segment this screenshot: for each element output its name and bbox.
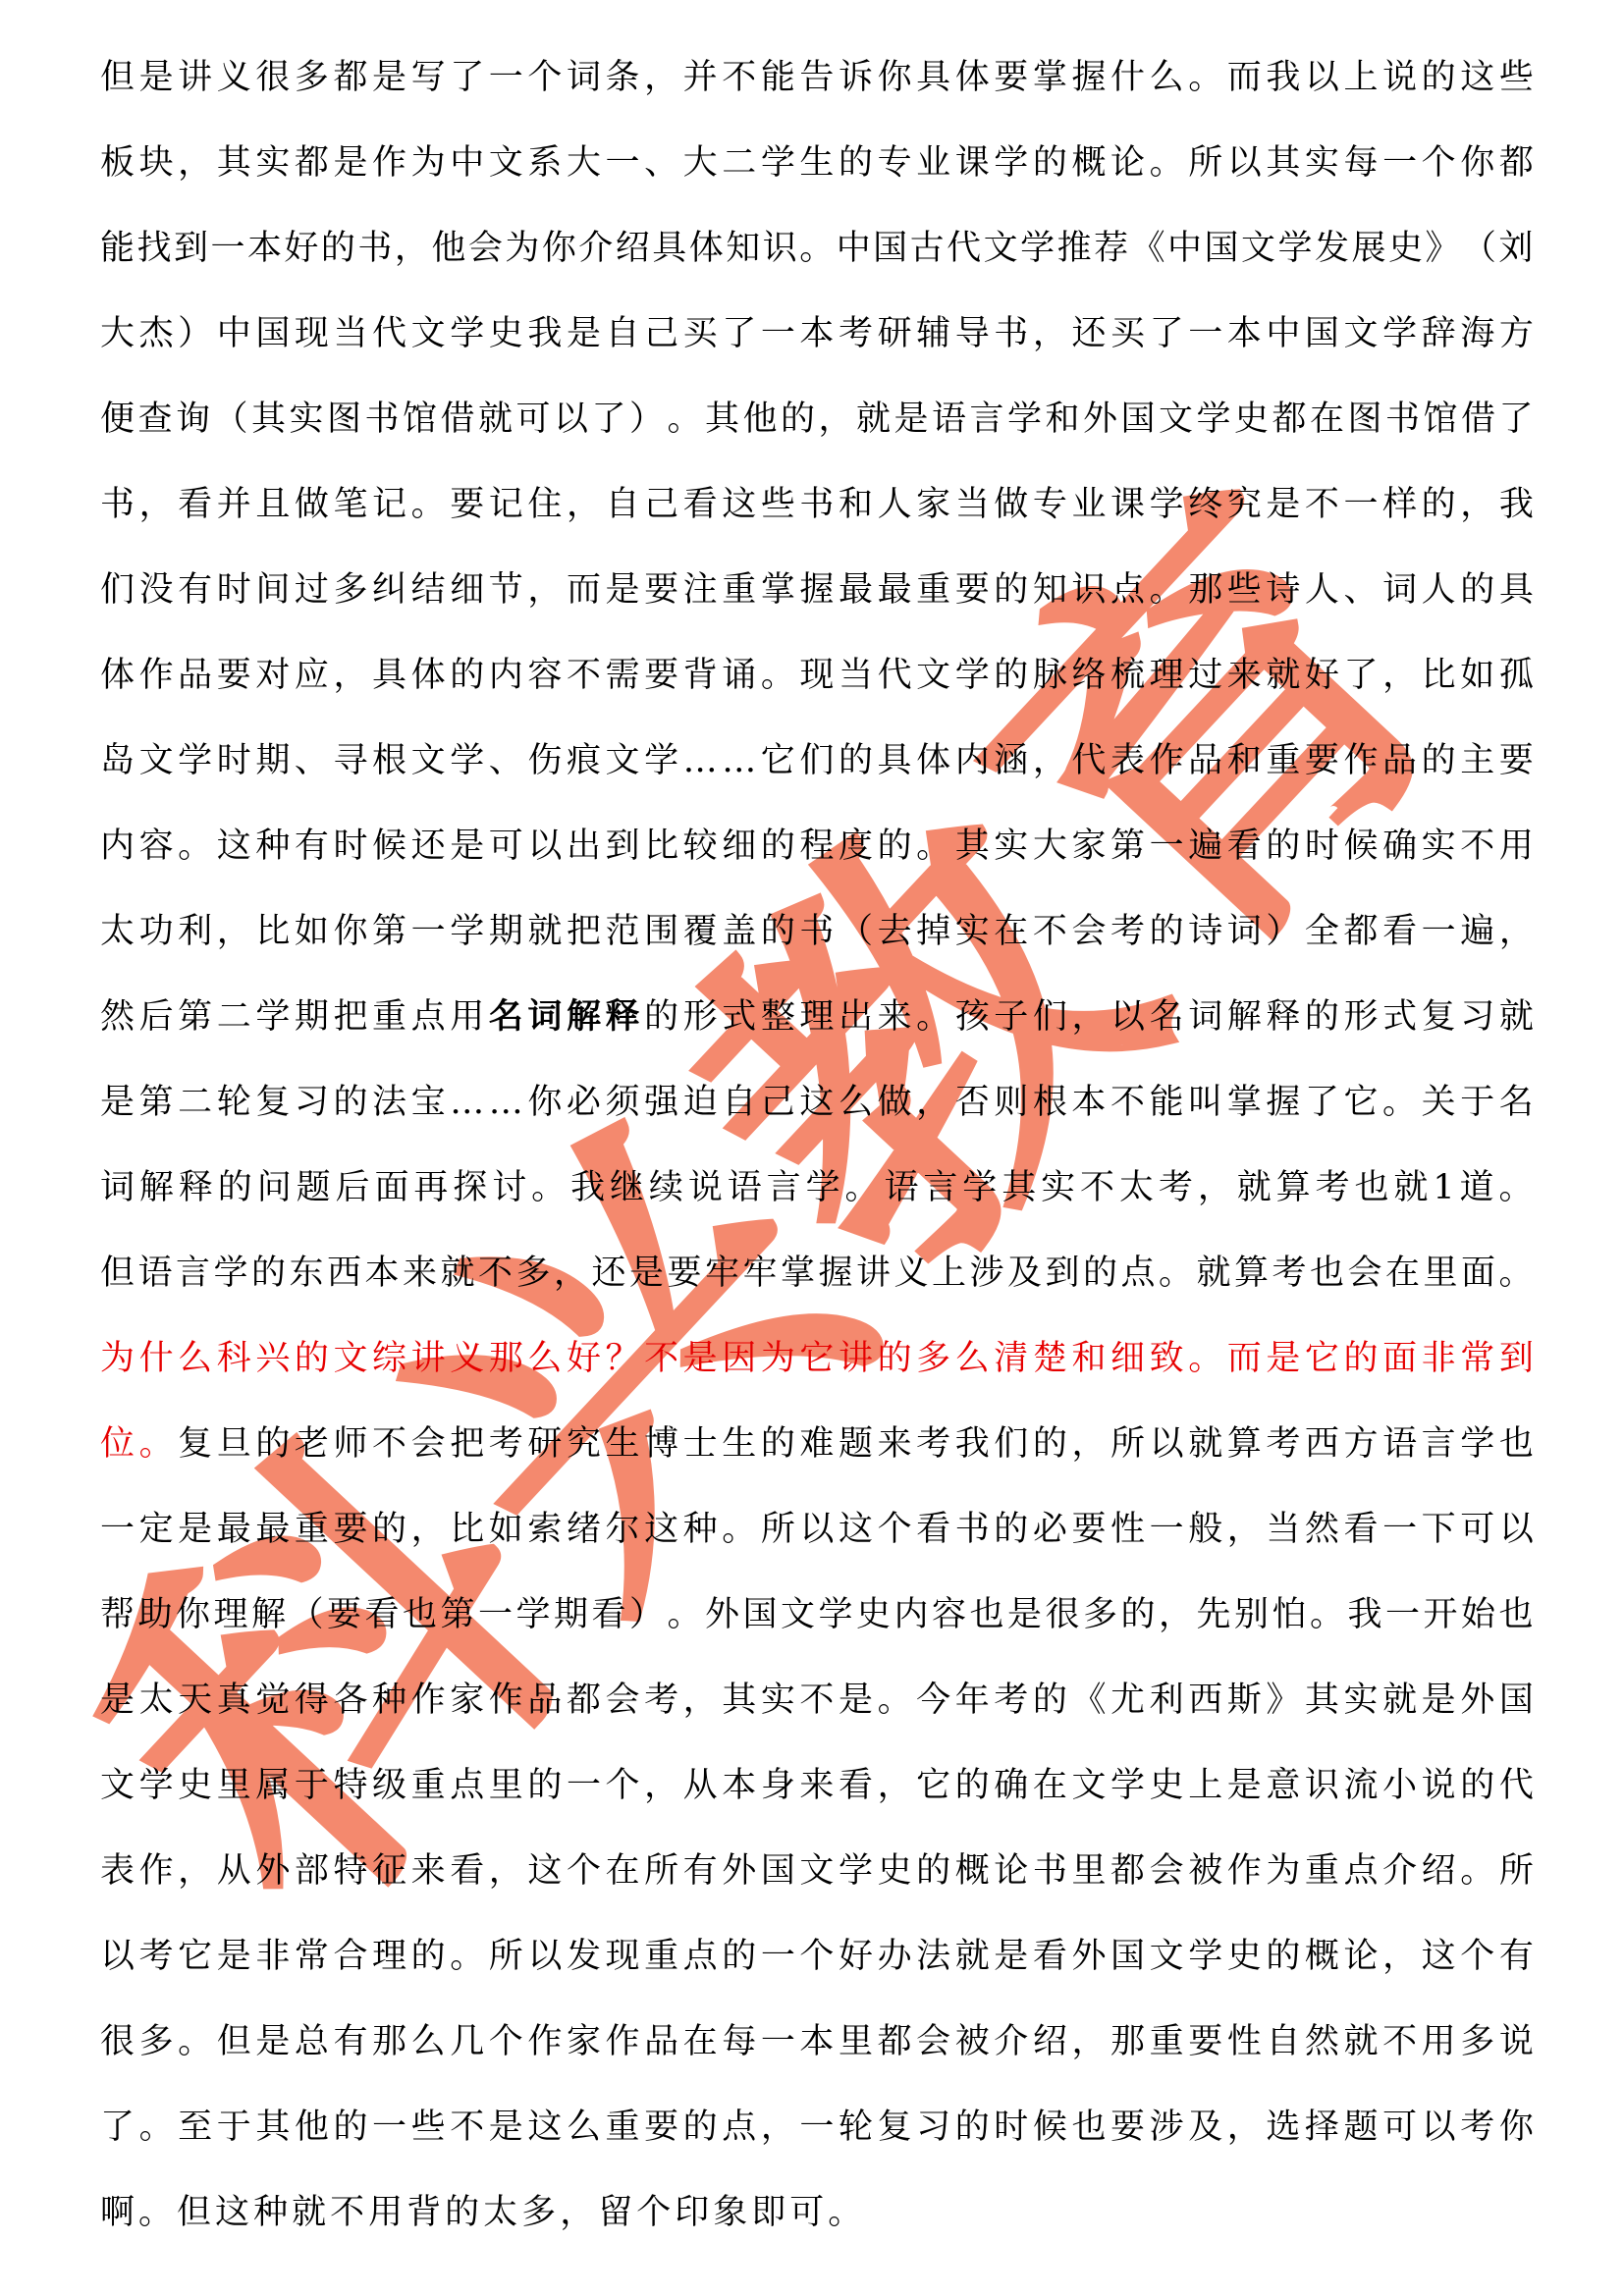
text-run: 作 bbox=[1343, 734, 1378, 820]
text-run: 开 bbox=[1424, 1588, 1458, 1674]
text-run: 书 bbox=[357, 222, 392, 307]
text-run: 伤 bbox=[527, 734, 562, 820]
text-run: 理 bbox=[214, 1588, 248, 1674]
text-run: 论 bbox=[1344, 1930, 1379, 2015]
text-run: 品 bbox=[644, 2015, 678, 2101]
text-run: 旦 bbox=[217, 1417, 251, 1503]
text-run: 印 bbox=[675, 2186, 709, 2271]
text-run: 也 bbox=[1355, 1161, 1389, 1247]
text-run: 家 bbox=[450, 1674, 484, 1759]
text-run: 诉 bbox=[839, 51, 873, 136]
text-run: 些 bbox=[411, 2101, 446, 2186]
text-run: 实 bbox=[1305, 136, 1339, 222]
text-run: 可 bbox=[516, 393, 551, 478]
text-run: 被 bbox=[955, 2015, 990, 2101]
text-run: 的 bbox=[1460, 1759, 1494, 1844]
text-run: ， bbox=[1382, 649, 1417, 734]
text-run: 里 bbox=[217, 1759, 251, 1844]
bold-term: 解 bbox=[567, 990, 601, 1076]
text-run: 自 bbox=[722, 1076, 756, 1161]
text-run: 并 bbox=[683, 51, 718, 136]
text-run: 留 bbox=[598, 2186, 632, 2271]
text-run: 点 bbox=[1344, 1844, 1379, 1930]
text-run: 继 bbox=[610, 1161, 644, 1247]
text-run: 理 bbox=[372, 1930, 406, 2015]
highlighted-text: 。 bbox=[139, 1417, 174, 1503]
text-run: 个 bbox=[799, 1930, 834, 2015]
text-run: 及 bbox=[1188, 2101, 1222, 2186]
text-run: 是 bbox=[629, 1247, 664, 1332]
text-run: 来 bbox=[403, 1247, 437, 1332]
text-line: 但是讲义很多都是写了一个词条，并不能告诉你具体要掌握什么。而我以上说的这些 bbox=[100, 51, 1534, 136]
text-run: 本 bbox=[799, 2015, 834, 2101]
text-run: 的 bbox=[1033, 1674, 1067, 1759]
text-run: 觉 bbox=[255, 1674, 290, 1759]
text-run: 不 bbox=[1080, 1161, 1114, 1247]
text-run: 。 bbox=[531, 1161, 566, 1247]
text-run: 释 bbox=[1266, 990, 1300, 1076]
text-run: 都 bbox=[1344, 905, 1379, 990]
highlighted-text: 文 bbox=[333, 1332, 367, 1417]
text-run: 介 bbox=[578, 222, 613, 307]
text-run: 的 bbox=[218, 1161, 252, 1247]
text-run: 非 bbox=[255, 1930, 290, 2015]
text-run: 啊 bbox=[100, 2186, 135, 2271]
text-run: 学 bbox=[1188, 1930, 1222, 2015]
text-run: 的 bbox=[1422, 51, 1456, 136]
text-run: 了 bbox=[1344, 649, 1379, 734]
text-run: 容 bbox=[139, 820, 174, 905]
text-run: 作 bbox=[527, 2015, 562, 2101]
text-run: ， bbox=[217, 905, 251, 990]
text-run: 当 bbox=[1266, 1503, 1300, 1588]
text-run: 书 bbox=[799, 905, 834, 990]
text-run: 生 bbox=[799, 136, 834, 222]
text-run: 就 bbox=[441, 1247, 475, 1332]
text-run: 内 bbox=[955, 734, 990, 820]
text-run: 常 bbox=[295, 1930, 329, 2015]
text-run: 大 bbox=[1033, 820, 1067, 905]
text-run: 是 bbox=[100, 1076, 135, 1161]
text-run: 遍 bbox=[1188, 820, 1222, 905]
text-run: 于 bbox=[295, 1759, 329, 1844]
text-run: 多 bbox=[521, 2186, 556, 2271]
text-run: 国 bbox=[1499, 1674, 1534, 1759]
text-run: 重 bbox=[606, 2101, 640, 2186]
text-run: 个 bbox=[527, 51, 562, 136]
text-run: 记 bbox=[489, 478, 523, 563]
text-run: 书 bbox=[799, 478, 834, 563]
text-run: 、 bbox=[295, 734, 329, 820]
text-run: 第 bbox=[139, 1076, 174, 1161]
text-run: 涉 bbox=[970, 1247, 1004, 1332]
text-run: 我 bbox=[570, 1161, 605, 1247]
text-run: 个 bbox=[1422, 136, 1456, 222]
text-run: 体 bbox=[916, 734, 950, 820]
text-run: 一 bbox=[567, 1759, 601, 1844]
text-run: 的 bbox=[683, 2101, 718, 2186]
text-run: 的 bbox=[839, 734, 873, 820]
text-run: 涉 bbox=[1150, 2101, 1184, 2186]
text-line: 们没有时间过多纠结细节，而是要注重掌握最最重要的知识点。那些诗人、词人的具 bbox=[100, 563, 1534, 649]
text-run: 代 bbox=[878, 649, 912, 734]
text-run: 词 bbox=[1382, 563, 1417, 649]
highlighted-text: 细 bbox=[1110, 1332, 1145, 1417]
text-run: 第 bbox=[178, 990, 212, 1076]
text-run: 的 bbox=[333, 1076, 367, 1161]
text-run: 看 bbox=[592, 1588, 626, 1674]
text-run: 别 bbox=[1234, 1588, 1269, 1674]
text-run: 要 bbox=[994, 51, 1028, 136]
text-run: 图 bbox=[327, 393, 361, 478]
text-run: 条 bbox=[606, 51, 640, 136]
text-run: 学 bbox=[139, 1759, 174, 1844]
text-run: 国 bbox=[1305, 307, 1339, 393]
text-run: 的 bbox=[527, 1759, 562, 1844]
text-run: 其 bbox=[255, 2101, 290, 2186]
text-run: 背 bbox=[683, 649, 718, 734]
text-run: 续 bbox=[649, 1161, 683, 1247]
text-run: 业 bbox=[916, 136, 950, 222]
text-run: 点 bbox=[1110, 563, 1145, 649]
text-run: ， bbox=[489, 1844, 523, 1930]
text-run: 来 bbox=[1227, 649, 1262, 734]
text-run: 士 bbox=[683, 1417, 718, 1503]
text-run: 体 bbox=[100, 649, 135, 734]
text-run: 文 bbox=[1150, 1930, 1184, 2015]
text-run: 多 bbox=[1460, 2015, 1494, 2101]
text-run: 形 bbox=[683, 990, 718, 1076]
text-run: 的 bbox=[1033, 136, 1067, 222]
text-run: 度 bbox=[839, 820, 873, 905]
text-run: 的 bbox=[839, 136, 873, 222]
text-run: ） bbox=[629, 1588, 664, 1674]
text-run: 没 bbox=[139, 563, 174, 649]
text-run: 一 bbox=[489, 51, 523, 136]
text-run: 一 bbox=[606, 136, 640, 222]
text-run: 展 bbox=[1351, 222, 1385, 307]
text-run: 笔 bbox=[333, 478, 367, 563]
text-run: 就 bbox=[955, 1930, 990, 2015]
text-run: 都 bbox=[295, 136, 329, 222]
text-run: 文 bbox=[489, 136, 523, 222]
text-run: 你 bbox=[1499, 2101, 1534, 2186]
text-run: ， bbox=[554, 1247, 588, 1332]
text-run: 细 bbox=[722, 820, 756, 905]
text-run: 代 bbox=[947, 222, 981, 307]
text-run: 候 bbox=[1344, 820, 1379, 905]
text-run: 的 bbox=[321, 222, 355, 307]
text-run: 复 bbox=[878, 2101, 912, 2186]
text-run: 不 bbox=[1382, 2015, 1417, 2101]
text-run: 作 bbox=[372, 136, 406, 222]
text-run: 把 bbox=[567, 905, 601, 990]
text-run: 。 bbox=[878, 1674, 912, 1759]
text-run: 导 bbox=[955, 307, 990, 393]
text-run: 介 bbox=[1382, 1844, 1417, 1930]
text-run: 多 bbox=[1083, 1588, 1117, 1674]
text-run: … bbox=[450, 1076, 484, 1161]
text-run: 的 bbox=[761, 820, 795, 905]
text-run: 根 bbox=[1033, 1076, 1067, 1161]
text-run: 从 bbox=[217, 1844, 251, 1930]
highlighted-text: 面 bbox=[1382, 1332, 1417, 1417]
text-run: 博 bbox=[644, 1417, 678, 1503]
text-run: 买 bbox=[683, 307, 718, 393]
text-run: 的 bbox=[251, 1247, 286, 1332]
text-run: 学 bbox=[1460, 1417, 1494, 1503]
text-run: 要 bbox=[1071, 1503, 1106, 1588]
text-run: 这 bbox=[215, 2186, 249, 2271]
text-run: 看 bbox=[916, 1503, 950, 1588]
text-line: 很多。但是总有那么几个作家作品在每一本里都会被介绍，那重要性自然就不用多说 bbox=[100, 2015, 1534, 2101]
text-run: 第 bbox=[1110, 820, 1145, 905]
text-run: 其 bbox=[1001, 1161, 1036, 1247]
text-run: 容 bbox=[527, 649, 562, 734]
text-run: 了 bbox=[100, 2101, 135, 2186]
text-run: 书 bbox=[1385, 393, 1420, 478]
text-run: 的 bbox=[722, 1930, 756, 2015]
text-run: 现 bbox=[799, 649, 834, 734]
text-run: 功 bbox=[139, 905, 174, 990]
text-run: 寻 bbox=[333, 734, 367, 820]
text-run: 语 bbox=[138, 1247, 173, 1332]
highlighted-text: 不 bbox=[644, 1332, 678, 1417]
text-run: 具 bbox=[916, 51, 950, 136]
text-run: 发 bbox=[567, 1930, 601, 2015]
text-run: 程 bbox=[799, 820, 834, 905]
highlighted-text: 科 bbox=[217, 1332, 251, 1417]
text-run: 看 bbox=[1344, 1503, 1379, 1588]
body-text: 但是讲义很多都是写了一个词条，并不能告诉你具体要掌握什么。而我以上说的这些板块，… bbox=[100, 51, 1534, 2271]
text-run: 国 bbox=[1121, 393, 1156, 478]
text-run: ， bbox=[411, 1503, 446, 1588]
text-run: 语 bbox=[932, 393, 966, 478]
text-run: 大 bbox=[100, 307, 135, 393]
text-line: 词解释的问题后面再探讨。我继续说语言学。语言学其实不太考，就算考也就1道。 bbox=[100, 1161, 1534, 1247]
text-run: 就 bbox=[1266, 649, 1300, 734]
text-run: 围 bbox=[644, 905, 678, 990]
text-run: 那 bbox=[1188, 563, 1222, 649]
text-run: 关 bbox=[1422, 1076, 1456, 1161]
text-run: 看 bbox=[683, 478, 718, 563]
text-run: 有 bbox=[333, 2015, 367, 2101]
text-run: 语 bbox=[728, 1161, 762, 1247]
text-run: 对 bbox=[255, 649, 290, 734]
text-run: 会 bbox=[1348, 1247, 1382, 1332]
highlighted-text: 兴 bbox=[255, 1332, 290, 1417]
text-run: 几 bbox=[450, 2015, 484, 2101]
text-run: 要 bbox=[217, 649, 251, 734]
text-run: 背 bbox=[406, 2186, 441, 2271]
text-run: 以 bbox=[1499, 1503, 1534, 1588]
text-run: 么 bbox=[567, 2101, 601, 2186]
text-run: 考 bbox=[1460, 2101, 1494, 2186]
text-run: 的 bbox=[1422, 734, 1456, 820]
highlighted-text: 的 bbox=[1344, 1332, 1379, 1417]
highlighted-text: 是 bbox=[683, 1332, 718, 1417]
text-run: 有 bbox=[1499, 1930, 1534, 2015]
text-run: 书 bbox=[994, 307, 1028, 393]
text-run: 都 bbox=[1110, 1844, 1145, 1930]
text-run: 作 bbox=[1150, 734, 1184, 820]
text-run: 考 bbox=[139, 1930, 174, 2015]
text-run: 里 bbox=[839, 2015, 873, 2101]
text-run: 是 bbox=[994, 1930, 1028, 2015]
text-run: 。 bbox=[845, 1161, 880, 1247]
text-run: 小 bbox=[1382, 1759, 1417, 1844]
text-run: 一 bbox=[210, 222, 244, 307]
text-run: 在 bbox=[1310, 393, 1344, 478]
text-run: 中 bbox=[217, 307, 251, 393]
text-run: 的 bbox=[445, 2186, 479, 2271]
text-line: 为什么科兴的文综讲义那么好？不是因为它讲的多么清楚和细致。而是它的面非常到 bbox=[100, 1332, 1534, 1417]
text-run: 太 bbox=[139, 1674, 174, 1759]
text-run: 。 bbox=[1498, 1161, 1533, 1247]
text-run: 也 bbox=[970, 1588, 1004, 1674]
text-run: 自 bbox=[606, 478, 640, 563]
text-run: 道 bbox=[1460, 1161, 1494, 1247]
text-run: 一 bbox=[1150, 820, 1184, 905]
text-run: 学 bbox=[450, 734, 484, 820]
text-run: 算 bbox=[1234, 1247, 1269, 1332]
text-run: 要 bbox=[1110, 2101, 1145, 2186]
text-run: 《 bbox=[1071, 1674, 1106, 1759]
text-run: 然 bbox=[1305, 1503, 1339, 1588]
text-run: 你 bbox=[176, 1588, 210, 1674]
text-run: 己 bbox=[761, 1076, 795, 1161]
text-run: 么 bbox=[1150, 51, 1184, 136]
text-run: 个 bbox=[489, 2015, 523, 2101]
text-run: 我 bbox=[1266, 51, 1300, 136]
text-run: 、 bbox=[489, 734, 523, 820]
text-run: 作 bbox=[606, 2015, 640, 2101]
text-run: 并 bbox=[217, 478, 251, 563]
text-run: 文 bbox=[100, 1759, 135, 1844]
text-run: 作 bbox=[489, 1674, 523, 1759]
text-run: ， bbox=[644, 51, 678, 136]
text-run: 选 bbox=[1266, 2101, 1300, 2186]
text-run: 是 bbox=[1422, 1674, 1456, 1759]
text-run: 不 bbox=[450, 2101, 484, 2186]
text-run: 课 bbox=[955, 136, 990, 222]
text-run: 涵 bbox=[994, 734, 1028, 820]
text-run: 题 bbox=[297, 1161, 331, 1247]
text-line: 一定是最最重要的，比如索绪尔这种。所以这个看书的必要性一般，当然看一下可以 bbox=[100, 1503, 1534, 1588]
text-run: 内 bbox=[100, 820, 135, 905]
text-run: 式 bbox=[722, 990, 756, 1076]
text-run: 们 bbox=[1033, 990, 1067, 1076]
text-run: 能 bbox=[1150, 1076, 1184, 1161]
text-run: 文 bbox=[1344, 307, 1379, 393]
highlighted-text: 它 bbox=[799, 1332, 834, 1417]
text-run: 到 bbox=[1046, 1247, 1080, 1332]
text-run: 必 bbox=[1033, 1503, 1067, 1588]
text-run: 实 bbox=[1422, 820, 1456, 905]
text-run: 盖 bbox=[722, 905, 756, 990]
text-run: ， bbox=[1499, 905, 1534, 990]
text-run: 学 bbox=[214, 1247, 248, 1332]
text-run: 用 bbox=[368, 2186, 403, 2271]
highlighted-text: 到 bbox=[1499, 1332, 1534, 1417]
text-run: 如 bbox=[489, 1503, 523, 1588]
text-run: 》 bbox=[1425, 222, 1459, 307]
text-run: 里 bbox=[1071, 1844, 1106, 1930]
text-run: 被 bbox=[1188, 1844, 1222, 1930]
text-run: 解 bbox=[139, 1161, 174, 1247]
text-run: 还 bbox=[592, 1247, 626, 1332]
text-run: 生 bbox=[722, 1417, 756, 1503]
text-run: 助 bbox=[138, 1588, 173, 1674]
text-run: 不 bbox=[567, 649, 601, 734]
text-run: 的 bbox=[761, 905, 795, 990]
text-run: 比 bbox=[255, 905, 290, 990]
text-run: ， bbox=[1227, 2101, 1262, 2186]
text-run: 是 bbox=[489, 2101, 523, 2186]
text-run: 利 bbox=[1150, 1674, 1184, 1759]
text-line: 是太天真觉得各种作家作品都会考，其实不是。今年考的《尤利西斯》其实就是外国 bbox=[100, 1674, 1534, 1759]
text-run: 内 bbox=[489, 649, 523, 734]
text-run: 必 bbox=[567, 1076, 601, 1161]
text-run: 要 bbox=[644, 649, 678, 734]
text-run: 握 bbox=[799, 563, 834, 649]
text-run: 讲 bbox=[178, 51, 212, 136]
text-run: 做 bbox=[295, 478, 329, 563]
text-run: 但 bbox=[100, 51, 135, 136]
text-run: 。 bbox=[828, 2186, 862, 2271]
text-run: 还 bbox=[411, 820, 446, 905]
text-run: 家 bbox=[1071, 820, 1106, 905]
text-run: 课 bbox=[1110, 478, 1145, 563]
text-run: 学 bbox=[1382, 307, 1417, 393]
text-run: 一 bbox=[100, 1503, 135, 1588]
highlighted-text: 么 bbox=[955, 1332, 990, 1417]
text-run: 来 bbox=[878, 1417, 912, 1503]
text-run: 候 bbox=[372, 820, 406, 905]
text-run: 重 bbox=[722, 563, 756, 649]
text-run: 学 bbox=[255, 990, 290, 1076]
text-run: 的 bbox=[1460, 563, 1494, 649]
text-run: 方 bbox=[1499, 307, 1534, 393]
text-run: 论 bbox=[1110, 136, 1145, 222]
highlighted-text: 么 bbox=[178, 1332, 212, 1417]
text-run: 掌 bbox=[781, 1247, 815, 1332]
highlighted-text: 为 bbox=[100, 1332, 135, 1417]
text-run: 诗 bbox=[1266, 563, 1300, 649]
text-run: 家 bbox=[916, 478, 950, 563]
text-run: 本 bbox=[1227, 307, 1262, 393]
text-run: 绍 bbox=[1033, 2015, 1067, 2101]
text-run: 就 bbox=[478, 393, 513, 478]
text-run: 握 bbox=[819, 1247, 853, 1332]
text-run: 掌 bbox=[1227, 1076, 1262, 1161]
text-run: 看 bbox=[1382, 905, 1417, 990]
text-run: 代 bbox=[1071, 734, 1106, 820]
text-run: 的 bbox=[1422, 478, 1456, 563]
text-run: 较 bbox=[683, 820, 718, 905]
text-run: 但 bbox=[100, 1247, 135, 1332]
text-run: 具 bbox=[878, 734, 912, 820]
text-run: 史 bbox=[489, 307, 523, 393]
text-run: 意 bbox=[1266, 1759, 1300, 1844]
text-run: 间 bbox=[255, 563, 290, 649]
text-run: 》 bbox=[1266, 1674, 1300, 1759]
text-run: 要 bbox=[1499, 734, 1534, 820]
text-run: 买 bbox=[1110, 307, 1145, 393]
text-run: 去 bbox=[878, 905, 912, 990]
text-run: 中 bbox=[1167, 222, 1202, 307]
text-run: 很 bbox=[100, 2015, 135, 2101]
